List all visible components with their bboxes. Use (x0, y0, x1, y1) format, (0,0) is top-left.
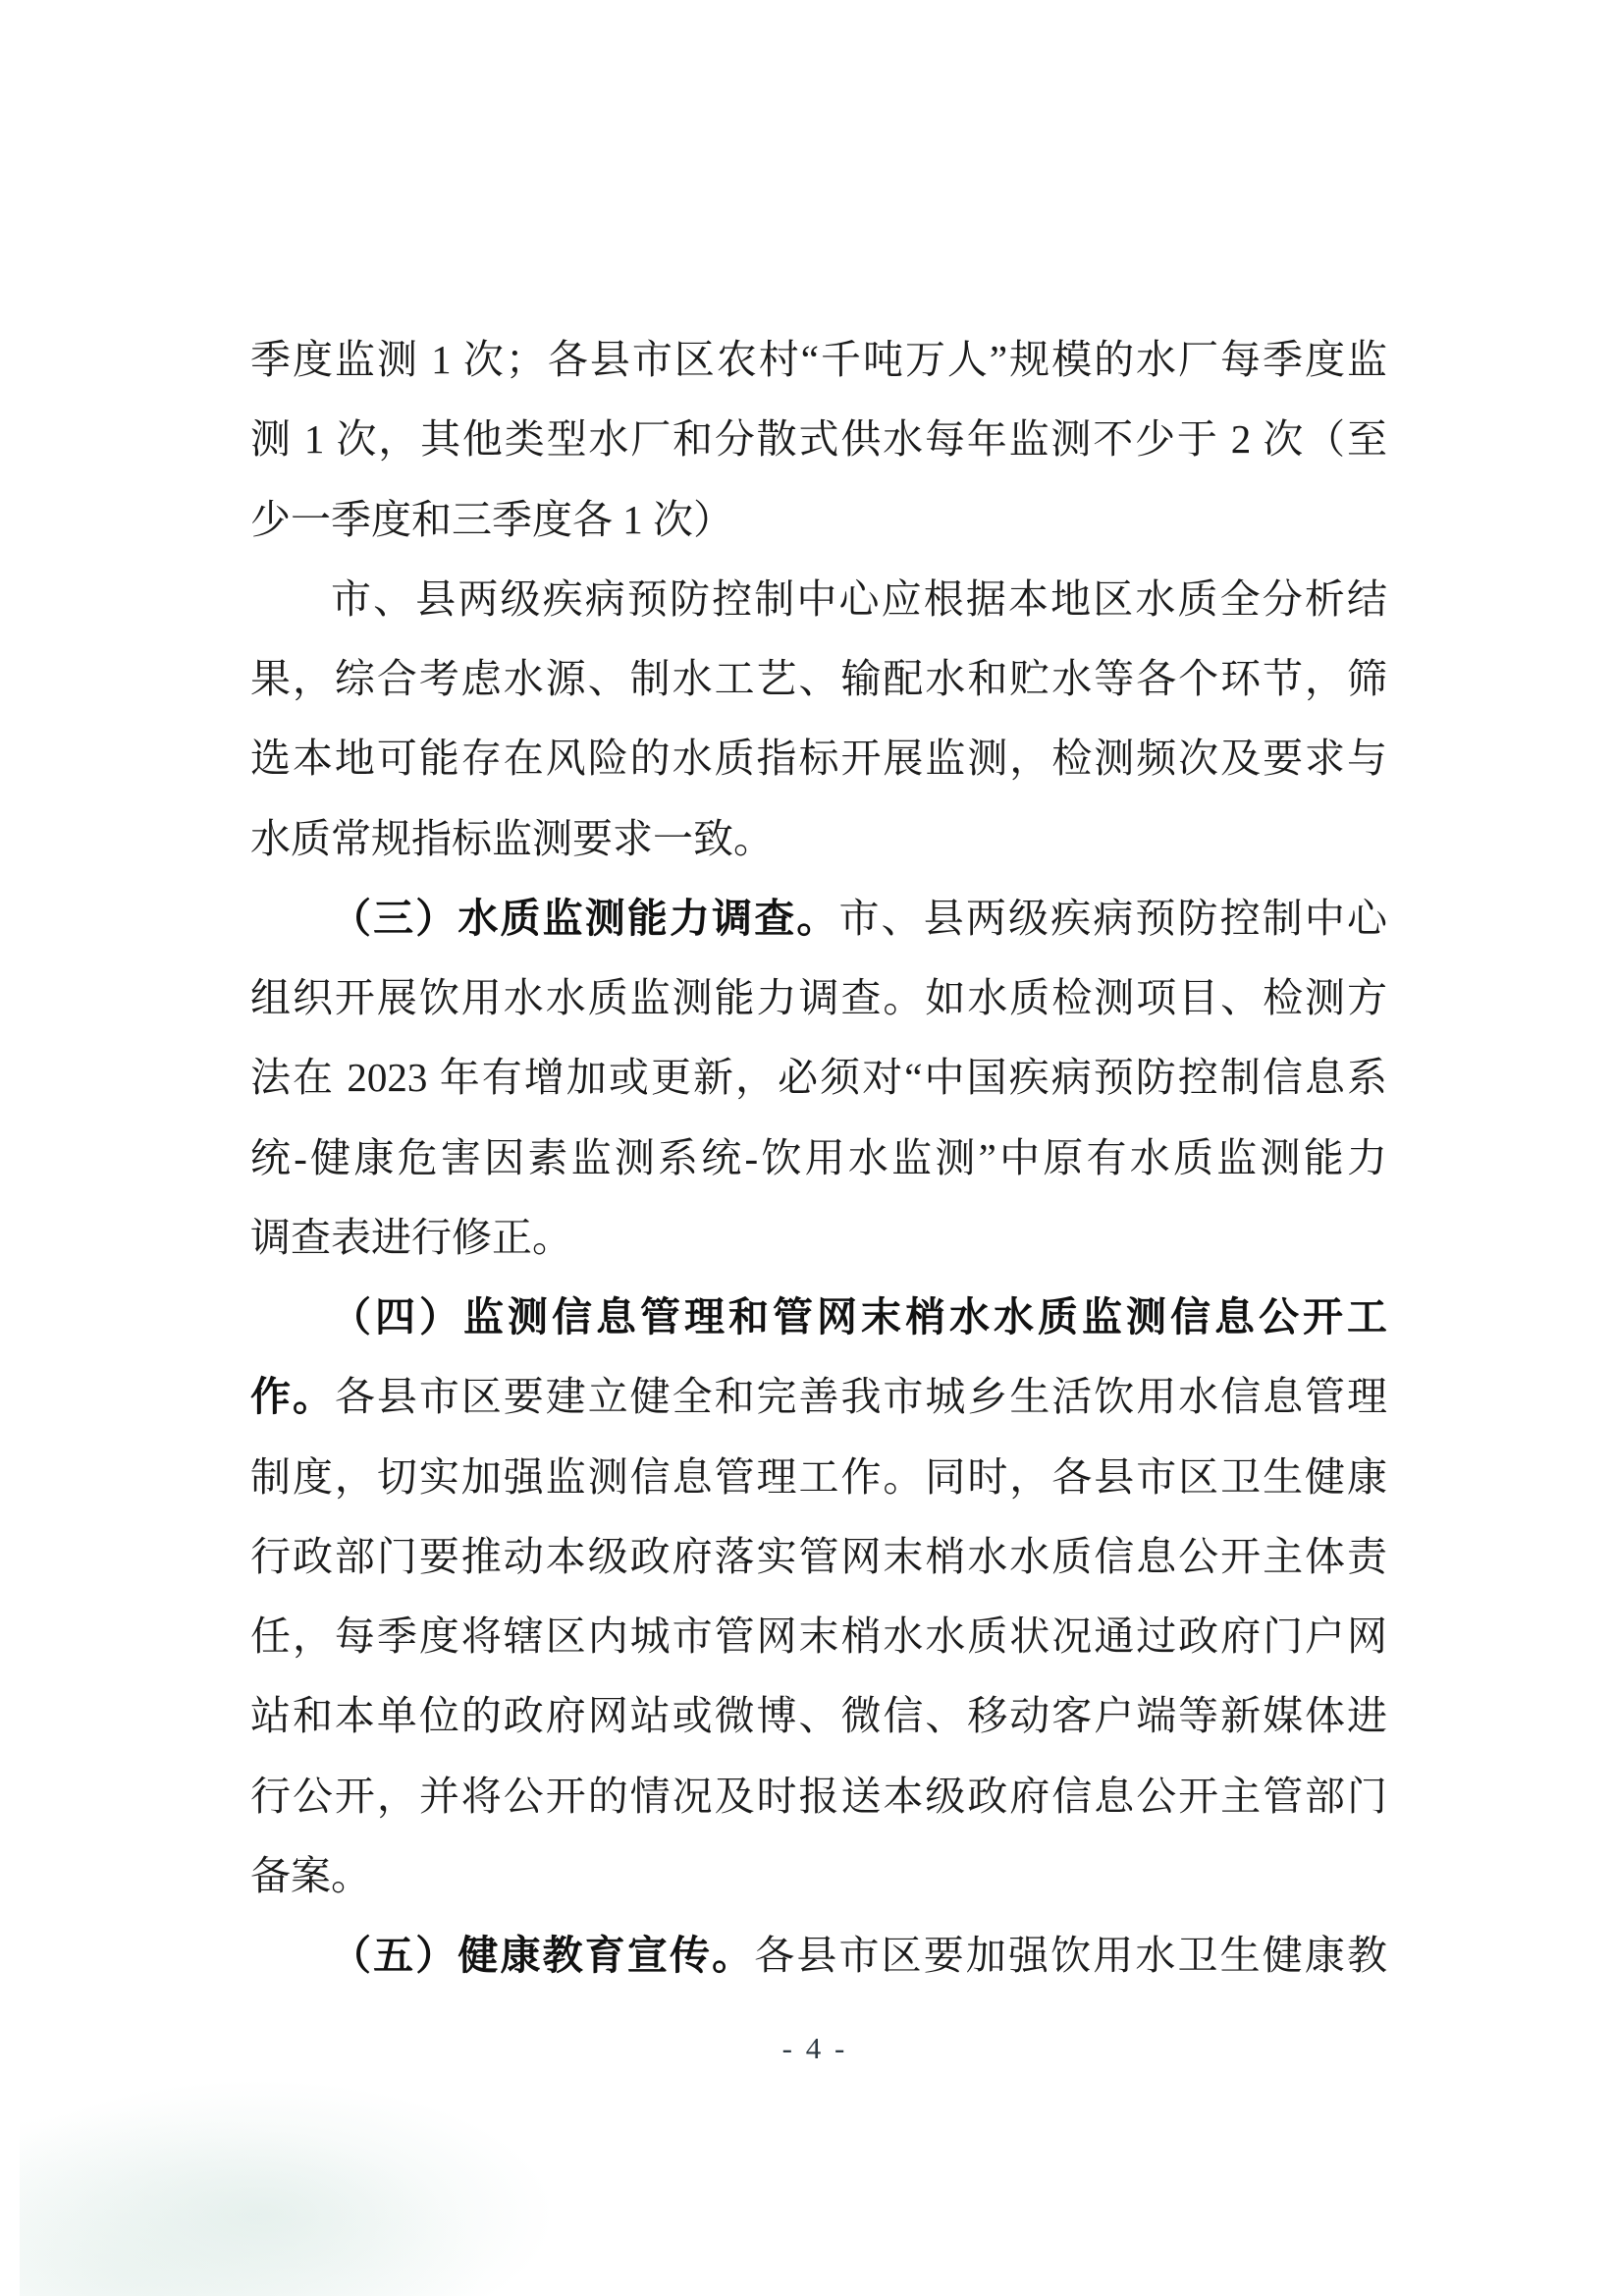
text-line: 调查表进行修正。 (250, 1198, 1387, 1278)
text-segment: 站和本单位的政府网站或微博、微信、移动客户端等新媒体进 (250, 1693, 1387, 1738)
text-line: （四）监测信息管理和管网末梢水水质监测信息公开工 (250, 1278, 1387, 1357)
text-segment: 测 1 次，其他类型水厂和分散式供水每年监测不少于 2 次（至 (250, 416, 1387, 462)
text-line: 行公开，并将公开的情况及时报送本级政府信息公开主管部门 (250, 1757, 1387, 1836)
text-segment: 市、县两级疾病预防控制中心应根据本地区水质全分析结 (331, 576, 1387, 622)
text-line: 水质常规指标监测要求一致。 (250, 799, 1387, 879)
text-segment: 各县市区要建立健全和完善我市城乡生活饮用水信息管理 (335, 1374, 1387, 1419)
text-segment: 选本地可能存在风险的水质指标开展监测，检测频次及要求与 (250, 736, 1387, 781)
text-segment: 果，综合考虑水源、制水工艺、输配水和贮水等各个环节，筛 (250, 656, 1387, 701)
text-segment: 组织开展饮用水水质监测能力调查。如水质检测项目、检测方 (250, 975, 1387, 1020)
paragraph: （四）监测信息管理和管网末梢水水质监测信息公开工作。各县市区要建立健全和完善我市… (250, 1278, 1387, 1916)
text-line: （五）健康教育宣传。各县市区要加强饮用水卫生健康教 (250, 1916, 1387, 1995)
text-segment: 行公开，并将公开的情况及时报送本级政府信息公开主管部门 (250, 1774, 1387, 1819)
text-segment: 季度监测 1 次；各县市区农村“千吨万人”规模的水厂每季度监 (250, 337, 1387, 382)
text-segment: 调查表进行修正。 (250, 1215, 572, 1260)
bold-text-segment: （五）健康教育宣传。 (331, 1933, 754, 1978)
text-line: 果，综合考虑水源、制水工艺、输配水和贮水等各个环节，筛 (250, 639, 1387, 719)
text-line: 行政部门要推动本级政府落实管网末梢水水质信息公开主体责 (250, 1517, 1387, 1597)
text-segment: 各县市区要加强饮用水卫生健康教 (754, 1933, 1387, 1978)
text-line: 站和本单位的政府网站或微博、微信、移动客户端等新媒体进 (250, 1676, 1387, 1756)
text-line: 制度，切实加强监测信息管理工作。同时，各县市区卫生健康 (250, 1438, 1387, 1517)
paper-stain (20, 2082, 550, 2296)
text-line: （三）水质监测能力调查。市、县两级疾病预防控制中心 (250, 879, 1387, 958)
bold-text-segment: （三）水质监测能力调查。 (331, 896, 839, 941)
bold-text-segment: （四）监测信息管理和管网末梢水水质监测信息公开工 (331, 1294, 1387, 1339)
text-line: 季度监测 1 次；各县市区农村“千吨万人”规模的水厂每季度监 (250, 320, 1387, 400)
document-body: 季度监测 1 次；各县市区农村“千吨万人”规模的水厂每季度监测 1 次，其他类型… (250, 320, 1387, 1995)
text-line: 组织开展饮用水水质监测能力调查。如水质检测项目、检测方 (250, 958, 1387, 1038)
text-line: 法在 2023 年有增加或更新，必须对“中国疾病预防控制信息系 (250, 1038, 1387, 1118)
text-line: 选本地可能存在风险的水质指标开展监测，检测频次及要求与 (250, 719, 1387, 798)
text-segment: 水质常规指标监测要求一致。 (250, 816, 774, 861)
text-line: 市、县两级疾病预防控制中心应根据本地区水质全分析结 (250, 560, 1387, 639)
text-segment: 市、县两级疾病预防控制中心 (839, 896, 1388, 941)
paragraph: （五）健康教育宣传。各县市区要加强饮用水卫生健康教 (250, 1916, 1387, 1995)
text-line: 作。各县市区要建立健全和完善我市城乡生活饮用水信息管理 (250, 1357, 1387, 1437)
text-segment: 备案。 (250, 1853, 371, 1898)
text-segment: 行政部门要推动本级政府落实管网末梢水水质信息公开主体责 (250, 1534, 1387, 1579)
paragraph: （三）水质监测能力调查。市、县两级疾病预防控制中心组织开展饮用水水质监测能力调查… (250, 879, 1387, 1278)
text-line: 备案。 (250, 1836, 1387, 1916)
text-segment: 统-健康危害因素监测系统-饮用水监测”中原有水质监测能力 (250, 1135, 1387, 1180)
text-line: 任，每季度将辖区内城市管网末梢水水质状况通过政府门户网 (250, 1597, 1387, 1676)
paragraph: 季度监测 1 次；各县市区农村“千吨万人”规模的水厂每季度监测 1 次，其他类型… (250, 320, 1387, 560)
text-line: 测 1 次，其他类型水厂和分散式供水每年监测不少于 2 次（至 (250, 400, 1387, 479)
text-segment: 制度，切实加强监测信息管理工作。同时，各县市区卫生健康 (250, 1454, 1387, 1500)
text-segment: 法在 2023 年有增加或更新，必须对“中国疾病预防控制信息系 (250, 1055, 1387, 1100)
text-segment: 少一季度和三季度各 1 次） (250, 497, 733, 542)
bold-text-segment: 作。 (250, 1374, 335, 1419)
text-line: 统-健康危害因素监测系统-饮用水监测”中原有水质监测能力 (250, 1119, 1387, 1198)
text-line: 少一季度和三季度各 1 次） (250, 480, 1387, 560)
document-page: 季度监测 1 次；各县市区农村“千吨万人”规模的水厂每季度监测 1 次，其他类型… (0, 0, 1614, 2296)
text-segment: 任，每季度将辖区内城市管网末梢水水质状况通过政府门户网 (250, 1613, 1387, 1659)
page-number: - 4 - (0, 2031, 1614, 2066)
paragraph: 市、县两级疾病预防控制中心应根据本地区水质全分析结果，综合考虑水源、制水工艺、输… (250, 560, 1387, 879)
